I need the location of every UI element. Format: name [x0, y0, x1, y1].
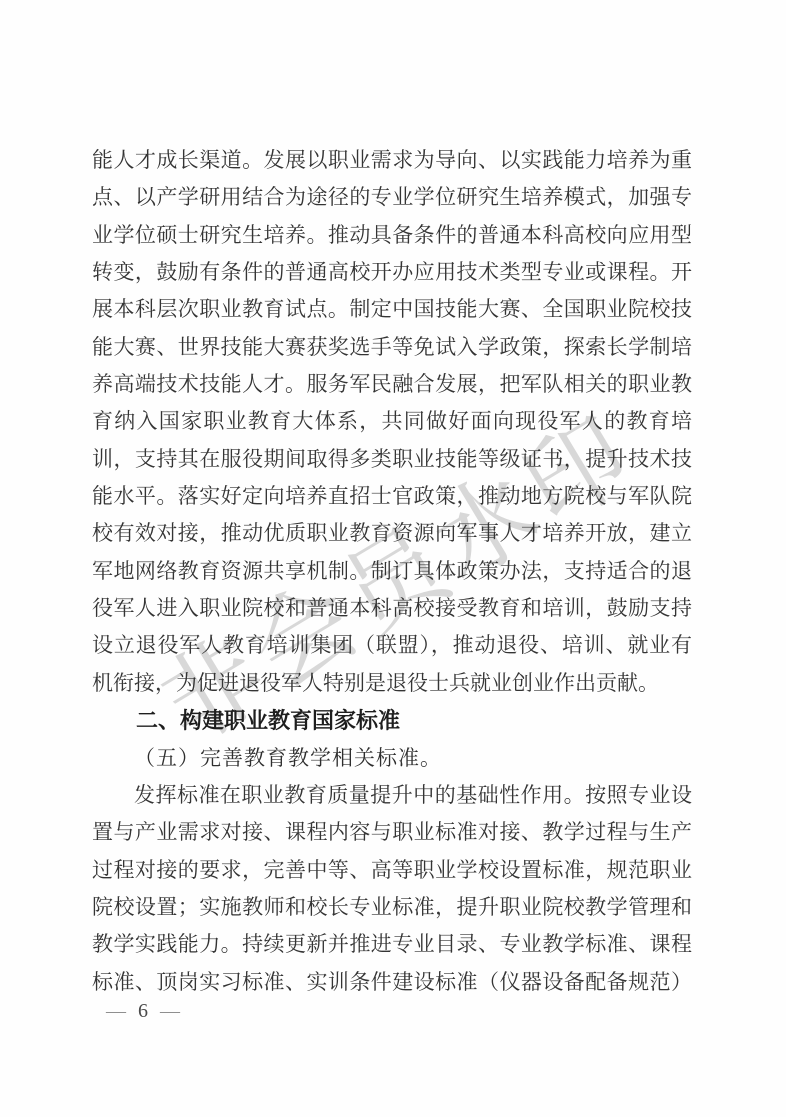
- text-line: 军地网络教育资源共享机制。制订具体政策办法，支持适合的退: [92, 553, 692, 590]
- text-line: 能水平。落实好定向培养直招士官政策，推动地方院校与军队院: [92, 478, 692, 515]
- text-line: 能人才成长渠道。发展以职业需求为导向、以实践能力培养为重: [92, 142, 692, 179]
- text-line: 养高端技术技能人才。服务军民融合发展，把军队相关的职业教: [92, 366, 692, 403]
- page-footer: — 6 —: [106, 1000, 180, 1023]
- text-line: 展本科层次职业教育试点。制定中国技能大赛、全国职业院校技: [92, 291, 692, 328]
- text-line: 机衔接，为促进退役军人特别是退役士兵就业创业作出贡献。: [92, 665, 692, 702]
- subsection-heading: （五）完善教育教学相关标准。: [134, 740, 692, 777]
- text-line: 发挥标准在职业教育质量提升中的基础性作用。按照专业设: [92, 777, 692, 814]
- scanned-document-page: 非会员水印 能人才成长渠道。发展以职业需求为导向、以实践能力培养为重点、以产学研…: [0, 0, 786, 1117]
- text-line: 校有效对接，推动优质职业教育资源向军事人才培养开放，建立: [92, 515, 692, 552]
- text-line: 役军人进入职业院校和普通本科高校接受教育和培训，鼓励支持: [92, 590, 692, 627]
- text-line: 教学实践能力。持续更新并推进专业目录、专业教学标准、课程: [92, 926, 692, 963]
- text-line: 设立退役军人教育培训集团（联盟），推动退役、培训、就业有: [92, 627, 692, 664]
- paragraph-standards: 发挥标准在职业教育质量提升中的基础性作用。按照专业设置与产业需求对接、课程内容与…: [92, 777, 692, 1001]
- text-line: 院校设置；实施教师和校长专业标准，提升职业院校教学管理和: [92, 889, 692, 926]
- text-line: 置与产业需求对接、课程内容与职业标准对接、教学过程与生产: [92, 814, 692, 851]
- footer-dash-left: —: [106, 1000, 126, 1023]
- text-line: 过程对接的要求，完善中等、高等职业学校设置标准，规范职业: [92, 852, 692, 889]
- text-line: 标准、顶岗实习标准、实训条件建设标准（仪器设备配备规范）: [92, 964, 692, 1001]
- page-number: 6: [138, 1000, 148, 1023]
- text-line: 点、以产学研用结合为途径的专业学位研究生培养模式，加强专: [92, 179, 692, 216]
- text-line: 能大赛、世界技能大赛获奖选手等免试入学政策，探索长学制培: [92, 329, 692, 366]
- text-line: 转变，鼓励有条件的普通高校开办应用技术类型专业或课程。开: [92, 254, 692, 291]
- text-line: 训，支持其在服役期间取得多类职业技能等级证书，提升技术技: [92, 441, 692, 478]
- section-heading: 二、构建职业教育国家标准: [136, 702, 692, 739]
- paragraph-continuation: 能人才成长渠道。发展以职业需求为导向、以实践能力培养为重点、以产学研用结合为途径…: [92, 142, 692, 702]
- text-line: 育纳入国家职业教育大体系，共同做好面向现役军人的教育培: [92, 403, 692, 440]
- text-line: 业学位硕士研究生培养。推动具备条件的普通本科高校向应用型: [92, 217, 692, 254]
- document-content: 能人才成长渠道。发展以职业需求为导向、以实践能力培养为重点、以产学研用结合为途径…: [92, 142, 692, 1001]
- footer-dash-right: —: [160, 1000, 180, 1023]
